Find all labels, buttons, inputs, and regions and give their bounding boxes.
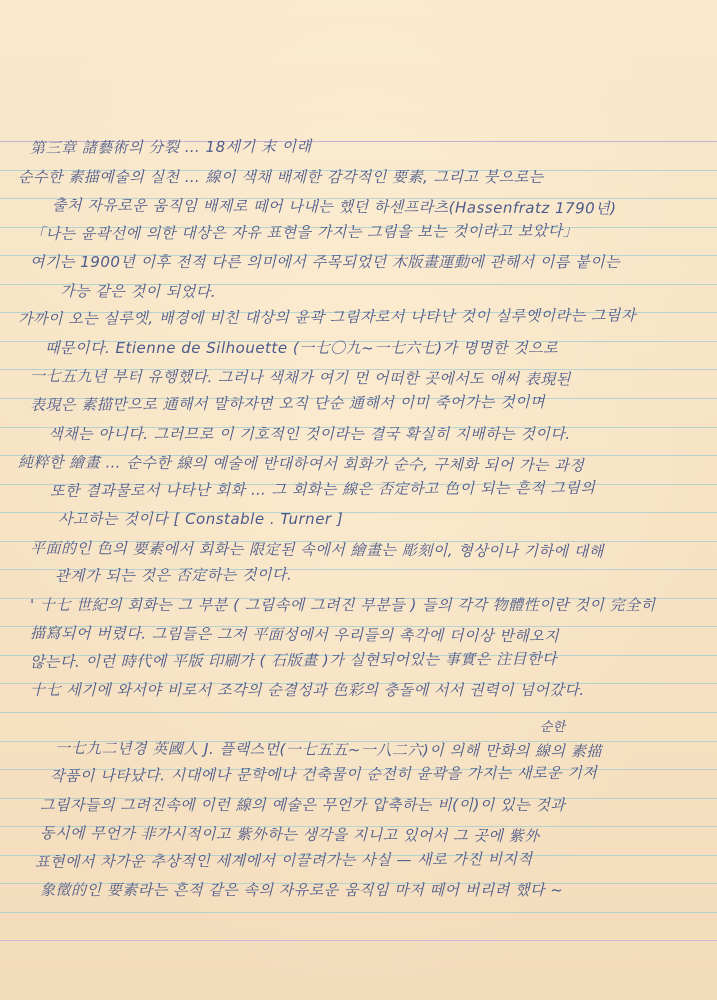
handwritten-line: 않는다. 이런 時代에 平版 印刷가 ( 石版畫 )가 실현되어있는 事實은 注…	[30, 648, 557, 672]
rule-line	[0, 912, 717, 913]
handwritten-line: 純粹한 繪畫 … 순수한 線의 예술에 반대하여서 회화가 순수, 구체화 되어…	[18, 451, 584, 475]
notebook-page: 第三章 諸藝術의 分裂 … 18세기 末 이래순수한 素描예술의 실천 … 線이…	[0, 0, 717, 1000]
handwritten-line: 第三章 諸藝術의 分裂 … 18세기 末 이래	[30, 135, 312, 158]
rule-line	[0, 940, 717, 941]
handwritten-line: 또한 결과물로서 나타난 회화 … 그 회화는 線은 否定하고 色이 되는 흔적…	[50, 477, 596, 501]
handwritten-line: 색채는 아니다. 그러므로 이 기호적인 것이라는 결국 확실히 지배하는 것이…	[48, 423, 571, 444]
handwritten-line: 출처 자유로운 움직임 배제로 떼어 나내는 했던 하센프라츠(Hassenfr…	[52, 194, 617, 218]
handwritten-line: 表現은 素描만으로 通해서 말하자면 오직 단순 通해서 이미 죽어가는 것이며	[30, 391, 545, 415]
handwritten-line: 「나는 윤곽선에 의한 대상은 자유 표현을 가지는 그림을 보는 것이라고 보…	[30, 220, 578, 244]
handwritten-line: 여기는 1900년 이후 전적 다른 의미에서 주목되었던 木版畫運動에 관해서…	[30, 251, 620, 272]
handwritten-line: 때문이다. Etienne de Silhouette (一七〇九~一七六七)가…	[45, 337, 558, 358]
handwritten-line: 그림자들의 그려진속에 이런 線의 예술은 무언가 압축하는 비(이)이 있는 …	[40, 794, 565, 815]
handwritten-line: 순수한 素描예술의 실천 … 線이 색채 배제한 감각적인 要素, 그리고 붓으…	[18, 166, 544, 187]
handwritten-line: 사고하는 것이다 [ Constable . Turner ]	[58, 508, 343, 529]
handwritten-line: 가능 같은 것이 되었다.	[60, 280, 216, 302]
handwritten-line: 平面的인 色의 要素에서 회화는 限定된 속에서 繪畫는 彫刻이, 형상이나 기…	[30, 537, 604, 562]
handwritten-line: 관계가 되는 것은 否定하는 것이다.	[55, 564, 292, 586]
handwritten-line: ' 十七 世紀의 회화는 그 부분 ( 그림속에 그려진 부분들 ) 들의 각각…	[30, 594, 656, 615]
handwritten-line: 동시에 무언가 非가시적이고 紫外하는 생각을 지니고 있어서 그 곳에 紫外	[40, 822, 540, 846]
handwritten-line: 一七九二년경 英國人 J. 플랙스먼(一七五五~一八二六)이 의해 만화의 線의…	[55, 737, 602, 761]
handwritten-line: 가까이 오는 실루엣, 배경에 비친 대상의 윤곽 그림자로서 나타난 것이 실…	[18, 304, 636, 329]
handwritten-line: 一七五九년 부터 유행했다. 그러나 색채가 여기 먼 어떠한 곳에서도 애써 …	[30, 365, 571, 389]
handwritten-line: 十七 세기에 와서야 비로서 조각의 순결성과 色彩의 충돌에 서서 권력이 넘…	[30, 679, 585, 700]
handwritten-line: 象徵的인 要素라는 흔적 같은 속의 자유로운 움직임 마저 떼어 버리려 했다…	[40, 879, 563, 900]
handwritten-line: 작품이 나타났다. 시대에나 문학에나 건축물이 순전히 윤곽을 가지는 새로운…	[50, 762, 597, 786]
handwritten-line: 표현에서 차가운 추상적인 세계에서 이끌려가는 사실 — 새로 가진 비지적	[35, 848, 533, 872]
rule-line	[0, 712, 717, 713]
interlinear-note: 순한	[540, 716, 565, 735]
handwritten-line: 描寫되어 버렸다. 그림들은 그저 平面성에서 우리들의 촉각에 더이상 반해오…	[30, 622, 559, 646]
